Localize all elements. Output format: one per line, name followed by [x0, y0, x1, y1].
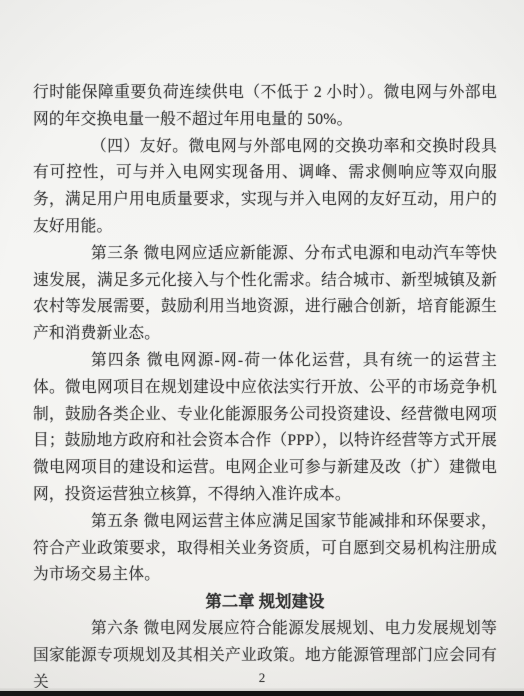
document-page: 行时能保障重要负荷连续供电（不低于 2 小时）。微电网与外部电网的年交换电量一般… — [0, 0, 524, 696]
body-paragraph: 第三条 微电网应适应新能源、分布式电源和电动汽车等快速发展，满足多元化接入与个性… — [33, 241, 497, 348]
body-paragraph: 行时能保障重要负荷连续供电（不低于 2 小时）。微电网与外部电网的年交换电量一般… — [33, 80, 497, 134]
photo-bottom-bar — [0, 691, 524, 696]
body-paragraph: 第四条 微电网源-网-荷一体化运营，具有统一的运营主体。微电网项目在规划建设中应… — [33, 348, 497, 509]
document-body: 行时能保障重要负荷连续供电（不低于 2 小时）。微电网与外部电网的年交换电量一般… — [33, 80, 497, 696]
body-paragraph: 第五条 微电网运营主体应满足国家节能减排和环保要求，符合产业政策要求，取得相关业… — [33, 509, 497, 589]
body-paragraph: （四）友好。微电网与外部电网的交换功率和交换时段具有可控性，可与并入电网实现备用… — [33, 134, 497, 241]
chapter-heading: 第二章 规划建设 — [33, 589, 497, 616]
page-number: 2 — [0, 669, 524, 687]
